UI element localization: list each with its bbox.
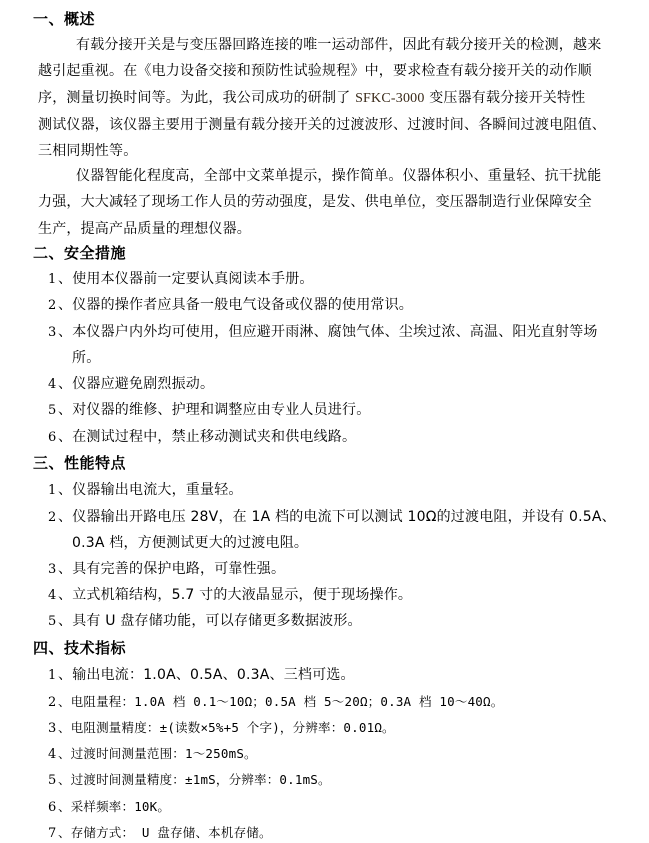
para-line: 越引起重视。在《电力设备交接和预防性试验规程》中，要求检查有载分接开关的动作顺: [38, 58, 612, 84]
list-item: 4、仪器应避免剧烈振动。: [48, 371, 214, 398]
item-number: 5: [48, 768, 58, 794]
item-text: 、对仪器的维修、护理和调整应由专业人员进行。: [58, 402, 370, 418]
item-text: 、过渡时间测量范围：1～250mS。: [58, 746, 257, 761]
item-number: 6: [48, 795, 58, 821]
section-heading-overview: 一、概述: [33, 9, 95, 29]
list-item: 1、使用本仪器前一定要认真阅读本手册。: [48, 266, 314, 293]
item-text: 、过渡时间测量精度：±1mS，分辨率：0.1mS。: [58, 772, 331, 787]
list-item: 3、本仪器户内外均可使用，但应避开雨淋、腐蚀气体、尘埃过浓、高温、阳光直射等场: [48, 319, 598, 346]
para-line-text: 变压器有载分接开关特性: [425, 90, 586, 106]
list-item: 1、仪器输出电流大，重量轻。: [48, 477, 243, 504]
item-text: 、具有 U 盘存储功能，可以存储更多数据波形。: [58, 613, 362, 629]
item-text: 、仪器的操作者应具备一般电气设备或仪器的使用常识。: [58, 297, 413, 313]
list-item: 6、在测试过程中，禁止移动测试夹和供电线路。: [48, 424, 356, 451]
item-text: 、仪器应避免剧烈振动。: [58, 376, 214, 392]
item-number: 3: [48, 557, 58, 583]
list-item: 4、立式机箱结构，5.7 寸的大液晶显示，便于现场操作。: [48, 582, 412, 609]
section-heading-specs: 四、技术指标: [33, 638, 126, 658]
item-number: 5: [48, 609, 58, 635]
list-item: 1、输出电流：1.0A、0.5A、0.3A、三档可选。: [48, 662, 355, 689]
para-line-text: 有载分接开关是与变压器回路连接的唯一运动部件，因此有载分接开关的检测，越来: [76, 37, 601, 53]
item-text: 、具有完善的保护电路，可靠性强。: [58, 561, 285, 577]
item-number: 6: [48, 425, 58, 451]
list-item: 2、仪器输出开路电压 28V，在 1A 档的电流下可以测试 10Ω的过渡电阻，并…: [48, 504, 616, 531]
section-heading-safety: 二、安全措施: [33, 243, 126, 263]
item-number: 3: [48, 716, 58, 742]
item-number: 2: [48, 690, 58, 716]
para-line: 力强，大大减轻了现场工作人员的劳动强度，是发、供电单位，变压器制造行业保障安全: [38, 189, 612, 215]
item-text: 、输出电流：1.0A、0.5A、0.3A、三档可选。: [58, 667, 355, 683]
para-line: 有载分接开关是与变压器回路连接的唯一运动部件，因此有载分接开关的检测，越来: [38, 32, 612, 58]
para-line-text: 序，测量切换时间等。为此，我公司成功的研制了: [38, 90, 355, 106]
item-number: 4: [48, 742, 58, 768]
item-number: 1: [48, 478, 58, 504]
item-continuation: 0.3A 档，方便测试更大的过渡电阻。: [72, 530, 308, 556]
item-number: 4: [48, 372, 58, 398]
para-line: 仪器智能化程度高，全部中文菜单提示，操作简单。仪器体积小、重量轻、抗干扰能: [38, 163, 612, 189]
overview-paragraph-2: 仪器智能化程度高，全部中文菜单提示，操作简单。仪器体积小、重量轻、抗干扰能 力强…: [38, 163, 612, 242]
list-item: 5、过渡时间测量精度：±1mS，分辨率：0.1mS。: [48, 767, 331, 794]
list-item: 7、存储方式： U 盘存储、本机存储。: [48, 820, 272, 843]
list-item: 6、采样频率：10K。: [48, 794, 170, 821]
item-text: 、仪器输出开路电压 28V，在 1A 档的电流下可以测试 10Ω的过渡电阻，并设…: [58, 509, 616, 525]
list-item: 5、对仪器的维修、护理和调整应由专业人员进行。: [48, 397, 370, 424]
list-item: 2、电阻量程：1.0A 档 0.1～10Ω；0.5A 档 5～20Ω；0.3A …: [48, 689, 503, 716]
item-number: 4: [48, 583, 58, 609]
item-number: 7: [48, 821, 58, 843]
item-text: 、仪器输出电流大，重量轻。: [58, 482, 243, 498]
item-number: 5: [48, 398, 58, 424]
item-text: 、使用本仪器前一定要认真阅读本手册。: [58, 271, 314, 287]
overview-paragraph-1: 有载分接开关是与变压器回路连接的唯一运动部件，因此有载分接开关的检测，越来 越引…: [38, 32, 612, 164]
item-text: 、电阻量程：1.0A 档 0.1～10Ω；0.5A 档 5～20Ω；0.3A 档…: [58, 694, 503, 709]
section-heading-features: 三、性能特点: [33, 453, 126, 473]
para-line-text: 仪器智能化程度高，全部中文菜单提示，操作简单。仪器体积小、重量轻、抗干扰能: [76, 168, 601, 184]
para-line: 三相同期性等。: [38, 138, 612, 164]
para-line: 生产，提高产品质量的理想仪器。: [38, 216, 612, 242]
item-number: 1: [48, 663, 58, 689]
item-text: 、电阻测量精度：±(读数×5%+5 个字)，分辨率：0.01Ω。: [58, 720, 395, 735]
item-number: 1: [48, 267, 58, 293]
item-number: 2: [48, 505, 58, 531]
list-item: 3、具有完善的保护电路，可靠性强。: [48, 556, 285, 583]
item-text: 、存储方式： U 盘存储、本机存储。: [58, 825, 272, 840]
list-item: 4、过渡时间测量范围：1～250mS。: [48, 741, 257, 768]
para-line: 测试仪器，该仪器主要用于测量有载分接开关的过渡波形、过渡时间、各瞬间过渡电阻值、: [38, 112, 612, 138]
item-text: 、采样频率：10K。: [58, 799, 170, 814]
list-item: 3、电阻测量精度：±(读数×5%+5 个字)，分辨率：0.01Ω。: [48, 715, 395, 742]
item-text: 、本仪器户内外均可使用，但应避开雨淋、腐蚀气体、尘埃过浓、高温、阳光直射等场: [58, 324, 598, 340]
item-number: 2: [48, 293, 58, 319]
item-continuation: 所。: [72, 345, 100, 371]
para-line: 序，测量切换时间等。为此，我公司成功的研制了 SFKC-3000 变压器有载分接…: [38, 85, 612, 112]
list-item: 2、仪器的操作者应具备一般电气设备或仪器的使用常识。: [48, 292, 413, 319]
item-text: 、在测试过程中，禁止移动测试夹和供电线路。: [58, 429, 356, 445]
model-number: SFKC-3000: [355, 91, 424, 106]
item-number: 3: [48, 320, 58, 346]
list-item: 5、具有 U 盘存储功能，可以存储更多数据波形。: [48, 608, 362, 635]
item-text: 、立式机箱结构，5.7 寸的大液晶显示，便于现场操作。: [58, 587, 412, 603]
